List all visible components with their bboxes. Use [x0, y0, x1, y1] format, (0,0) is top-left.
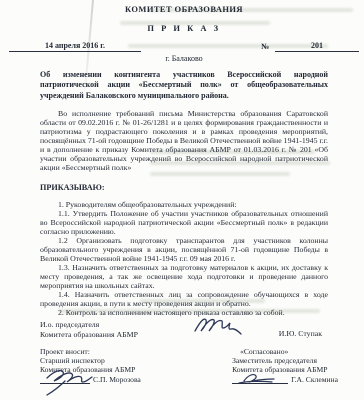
order-item: 2. Контроль за исполнением настоящего пр…: [40, 308, 328, 317]
doc-city: г. Балаково: [40, 54, 328, 63]
signer-position: И.о. председателя Комитета образования А…: [40, 320, 138, 339]
project-intro: Проект вносит:: [40, 347, 141, 356]
agreed-label: «Согласовано»: [232, 347, 338, 356]
order-item: 1.2 Организовать подготовку транспаранто…: [40, 236, 328, 263]
doc-type-title: П Р И К А З: [40, 23, 328, 33]
main-signature-block: И.о. председателя Комитета образования А…: [40, 320, 334, 339]
approval-row: Проект вносит: Старший инспектор Комитет…: [40, 347, 338, 384]
org-title: КОМИТЕТ ОБРАЗОВАНИЯ: [40, 4, 328, 14]
order-item: 1. Руководителям общеобразовательных учр…: [40, 200, 328, 209]
date-number-row: 14 апреля 2016 г. № 201: [9, 41, 359, 52]
agreed-name: Г.А. Склемина: [291, 375, 338, 384]
doc-number-group: № 201: [261, 41, 359, 52]
agreed-block: «Согласовано» Заместитель председателя К…: [232, 347, 338, 384]
scanned-order-document: КОМИТЕТ ОБРАЗОВАНИЯ П Р И К А З 14 апрел…: [0, 0, 364, 400]
doc-date: 14 апреля 2016 г.: [9, 41, 141, 52]
signer-name: И.Ю. Ступак: [279, 329, 322, 340]
number-sign: №: [261, 42, 275, 52]
agreed-position-1: Заместитель председателя: [232, 356, 338, 365]
order-word: ПРИКАЗЫВАЮ:: [40, 183, 328, 192]
order-item: 1.4. Назначить ответственных лиц за сопр…: [40, 290, 328, 308]
project-author-block: Проект вносит: Старший инспектор Комитет…: [40, 347, 141, 384]
order-item: 1.1. Утвердить Положение об участии учас…: [40, 209, 328, 236]
handwritten-signature-morozova: [42, 366, 106, 396]
order-item: 1.3. Назначить ответственных за подготов…: [40, 263, 328, 290]
handwritten-signature-stupak: [192, 314, 248, 338]
doc-number: 201: [275, 41, 359, 52]
doc-subject: Об изменении контингента участников Всер…: [40, 70, 328, 101]
order-items: 1. Руководителям общеобразовательных учр…: [40, 200, 328, 317]
doc-preamble: Во исполнение требований письма Министер…: [40, 109, 328, 172]
handwritten-signature-sklemina: [236, 371, 288, 389]
author-position-1: Старший инспектор: [40, 356, 141, 365]
